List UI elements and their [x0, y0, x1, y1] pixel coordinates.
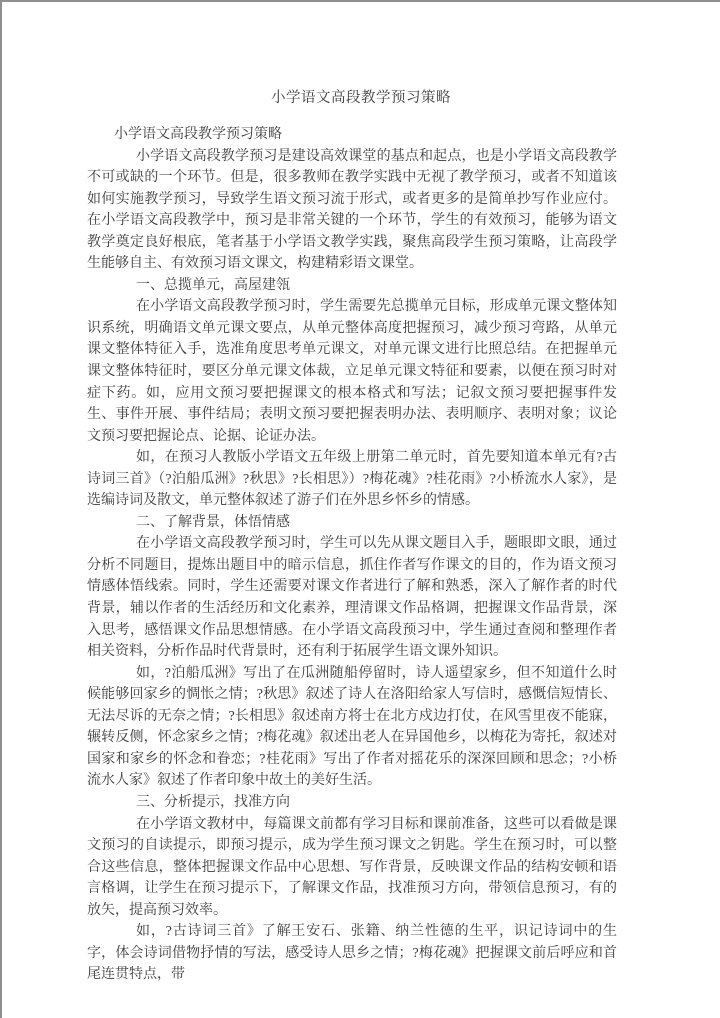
paragraph: 如，在预习人教版小学语文五年级上册第二单元时，首先要知道本单元有?古诗词三首》（… [87, 447, 617, 512]
document-title: 小学语文高段教学预习策略 [2, 2, 720, 107]
paragraph: 在小学语文教材中，每篇课文前都有学习目标和课前准备，这些可以看做是课文预习的自读… [87, 814, 617, 922]
section-heading: 二、了解背景，体悟情感 [87, 512, 617, 534]
paragraph: 如，?古诗词三首》了解王安石、张籍、纳兰性德的生平，识记诗词中的生字，体会诗词借… [87, 921, 617, 986]
document-page: { "page": { "title": "小学语文高段教学预习策略", "su… [0, 0, 720, 1018]
section-heading: 一、总揽单元，高屋建瓴 [87, 275, 617, 297]
document-body: 小学语文高段教学预习策略 小学语文高段教学预习策略 小学语文高段教学预习是建设高… [2, 2, 720, 986]
section-heading: 三、分析提示，找准方向 [87, 792, 617, 814]
paragraph: 小学语文高段教学预习是建设高效课堂的基点和起点，也是小学语文高段教学不可或缺的一… [87, 146, 617, 275]
paragraph: 在小学语文高段教学预习时，学生需要先总揽单元目标，形成单元课文整体知识系统，明确… [87, 296, 617, 447]
document-text-flow: 小学语文高段教学预习策略 小学语文高段教学预习是建设高效课堂的基点和起点，也是小… [87, 124, 617, 986]
paragraph: 在小学语文高段教学预习时，学生可以先从课文题目入手，题眼即文眼，通过分析不同题目… [87, 533, 617, 662]
document-subtitle: 小学语文高段教学预习策略 [87, 124, 617, 146]
paragraph: 如，?泊船瓜洲》写出了在瓜洲随船停留时，诗人遥望家乡，但不知道什么时候能够回家乡… [87, 663, 617, 792]
